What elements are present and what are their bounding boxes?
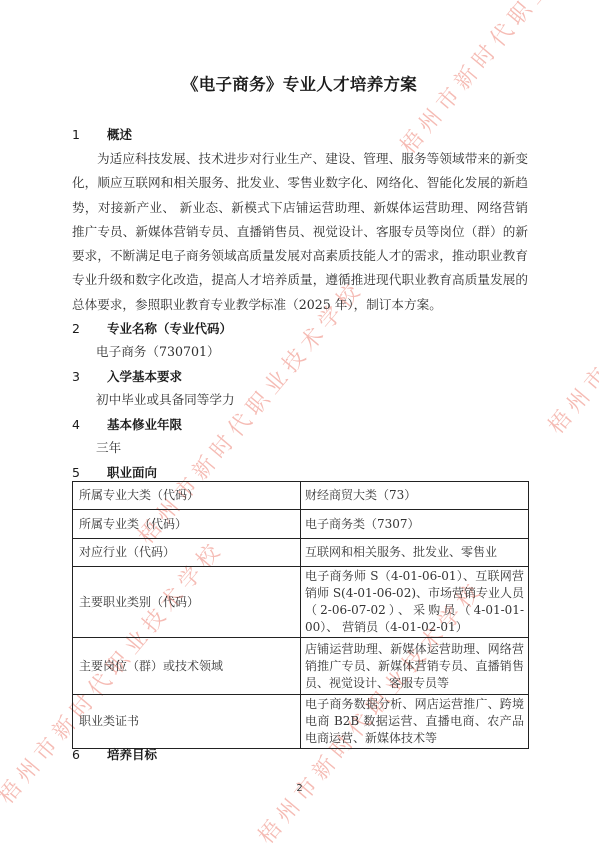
- section-heading-5: 5职业面向: [72, 463, 157, 481]
- table-row: 所属专业类（代码） 电子商务类（7307）: [73, 510, 529, 539]
- section-title: 入学基本要求: [107, 369, 182, 384]
- table-cell-label: 主要岗位（群）或技术领域: [73, 638, 301, 695]
- section-heading-6: 6培养目标: [72, 745, 157, 763]
- table-row: 对应行业（代码） 互联网和相关服务、批发业、零售业: [73, 539, 529, 567]
- section-number: 6: [72, 747, 107, 762]
- document-page: 梧州市新时代职业技术学校 梧州市新时代职业技术学校 梧州市新时代职业技术学校 梧…: [0, 0, 599, 848]
- section-title: 基本修业年限: [107, 417, 182, 432]
- section-number: 2: [72, 321, 107, 336]
- table-cell-value: 财经商贸大类（73）: [301, 482, 529, 510]
- table-cell-label: 对应行业（代码）: [73, 539, 301, 567]
- watermark: 梧州市新时代职业技术学校: [540, 163, 599, 440]
- table-row: 主要岗位（群）或技术领域 店铺运营助理、新媒体运营助理、网络营销推广专员、新媒体…: [73, 638, 529, 695]
- table-cell-value: 电子商务师 S（4-01-06-01）、互联网营销师 S(4-01-06-02)…: [301, 567, 529, 638]
- table-cell-label: 所属专业类（代码）: [73, 510, 301, 539]
- section-heading-1: 1概述: [72, 125, 132, 143]
- table-cell-value: 店铺运营助理、新媒体运营助理、网络营销推广专员、新媒体营销专员、直播销售员、视觉…: [301, 638, 529, 695]
- table-cell-value: 电子商务类（7307）: [301, 510, 529, 539]
- admission-requirement: 初中毕业或具备同等学力: [96, 388, 235, 412]
- section-number: 4: [72, 417, 107, 432]
- section-title: 职业面向: [107, 465, 157, 480]
- career-orientation-table: 所属专业大类（代码） 财经商贸大类（73） 所属专业类（代码） 电子商务类（73…: [72, 481, 529, 749]
- table-row: 职业类证书 电子商务数据分析、网店运营推广、跨境电商 B2B 数据运营、直播电商…: [73, 695, 529, 749]
- table-cell-label: 主要职业类别（代码）: [73, 567, 301, 638]
- table-cell-label: 所属专业大类（代码）: [73, 482, 301, 510]
- table-row: 主要职业类别（代码） 电子商务师 S（4-01-06-01）、互联网营销师 S(…: [73, 567, 529, 638]
- table-row: 所属专业大类（代码） 财经商贸大类（73）: [73, 482, 529, 510]
- major-name-code: 电子商务（730701）: [96, 340, 220, 364]
- table-cell-label: 职业类证书: [73, 695, 301, 749]
- study-duration: 三年: [96, 436, 121, 460]
- section-title: 概述: [107, 127, 132, 142]
- section-number: 5: [72, 465, 107, 480]
- section-heading-2: 2专业名称（专业代码）: [72, 319, 232, 337]
- overview-paragraph: 为适应科技发展、技术进步对行业生产、建设、管理、服务等领域带来的新变化，顺应互联…: [72, 147, 528, 317]
- table-cell-value: 电子商务数据分析、网店运营推广、跨境电商 B2B 数据运营、直播电商、农产品电商…: [301, 695, 529, 749]
- section-title: 专业名称（专业代码）: [107, 321, 232, 336]
- page-number: 2: [0, 783, 599, 794]
- table-cell-value: 互联网和相关服务、批发业、零售业: [301, 539, 529, 567]
- section-heading-3: 3入学基本要求: [72, 367, 182, 385]
- section-title: 培养目标: [107, 747, 157, 762]
- section-heading-4: 4基本修业年限: [72, 415, 182, 433]
- section-number: 1: [72, 127, 107, 142]
- document-title: 《电子商务》专业人才培养方案: [0, 71, 599, 95]
- section-number: 3: [72, 369, 107, 384]
